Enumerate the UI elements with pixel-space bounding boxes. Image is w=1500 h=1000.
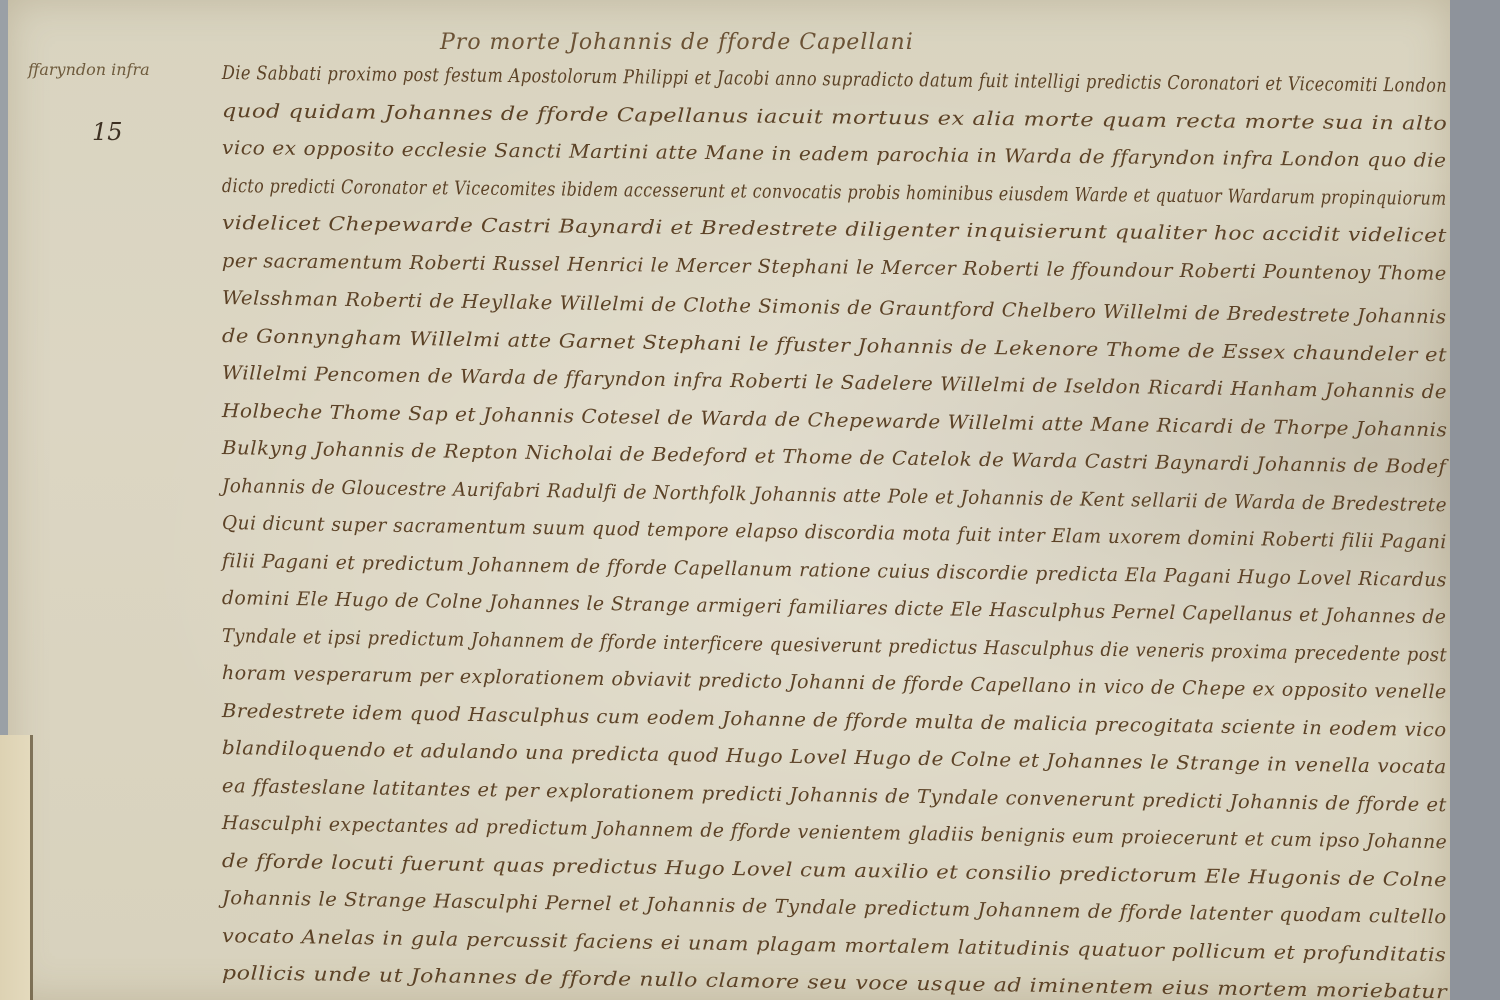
underlying-page-edge [0,735,30,1000]
page-fold [30,735,33,1000]
margin-note: ffaryndon infra [28,60,150,79]
folio-number: 15 [92,118,123,146]
background-right [1448,0,1500,1000]
document-heading: Pro morte Johannis de fforde Capellani [440,30,914,55]
